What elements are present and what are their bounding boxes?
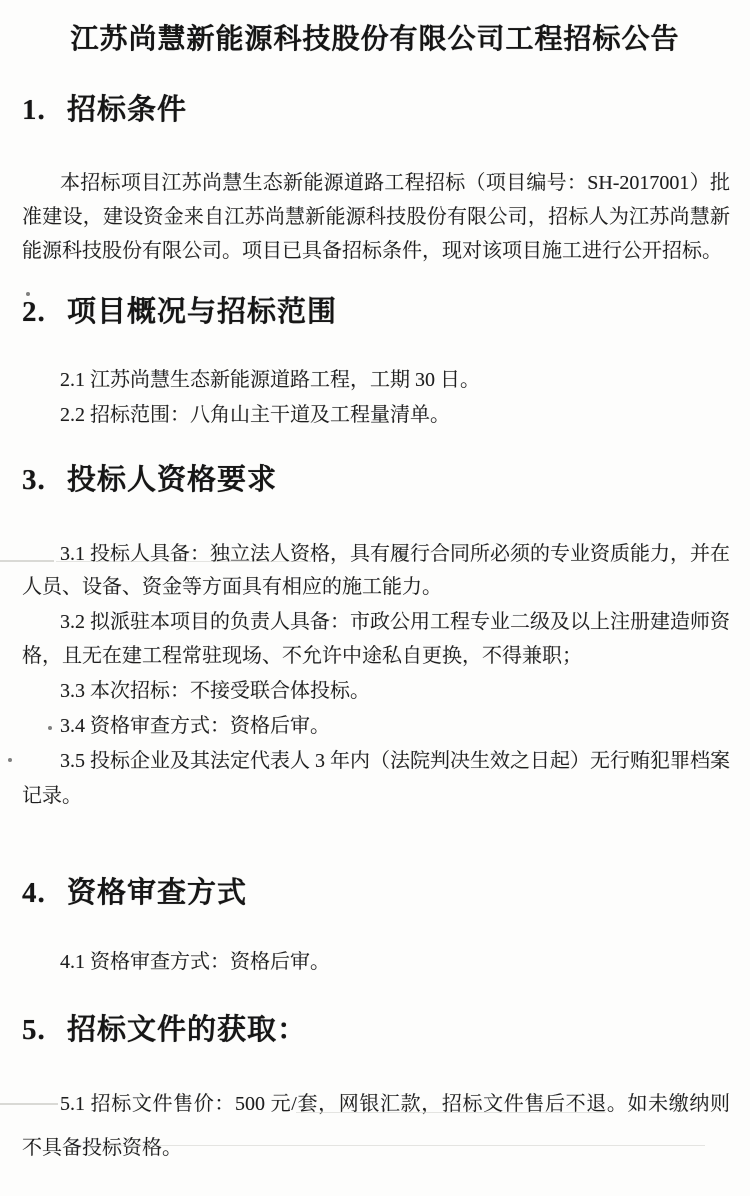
scan-artifact-line (56, 561, 311, 562)
clause-3-3: 3.3 本次招标：不接受联合体投标。 (22, 674, 730, 708)
document-title: 江苏尚慧新能源科技股份有限公司工程招标公告 (0, 22, 750, 58)
section-5-heading: 5.招标文件的获取： (22, 1010, 728, 1050)
section-3-heading-text: 投标人资格要求 (67, 464, 277, 496)
clause-3-4: 3.4 资格审查方式：资格后审。 (22, 709, 730, 743)
clause-2-1: 2.1 江苏尚慧生态新能源道路工程，工期 30 日。 (22, 363, 730, 398)
clause-3-1: 3.1 投标人具备：独立法人资格，具有履行合同所必须的专业资质能力，并在人员、设… (22, 538, 730, 604)
section-2-heading-text: 项目概况与招标范围 (67, 296, 337, 328)
clause-4-1: 4.1 资格审查方式：资格后审。 (22, 945, 730, 979)
clause-3-5: 3.5 投标企业及其法定代表人 3 年内（法院判决生效之日起）无行贿犯罪档案记录… (22, 744, 730, 814)
section-4-heading: 4.资格审查方式 (22, 873, 728, 913)
section-1-number: 1. (22, 90, 67, 130)
scan-artifact-dot (26, 292, 30, 296)
clause-5-1: 5.1 招标文件售价：500 元/套，网银汇款，招标文件售后不退。如未缴纳则不具… (22, 1082, 730, 1170)
section-5-heading-text: 招标文件的获取： (67, 1014, 307, 1046)
clause-3-2: 3.2 拟派驻本项目的负责人具备：市政公用工程专业二级及以上注册建造师资格，且无… (22, 605, 730, 673)
scan-artifact-line (0, 1103, 58, 1105)
section-4-number: 4. (22, 873, 67, 913)
section-1-paragraph: 本招标项目江苏尚慧生态新能源道路工程招标（项目编号：SH-2017001）批准建… (22, 166, 730, 268)
section-4-heading-text: 资格审查方式 (67, 877, 247, 909)
section-2-number: 2. (22, 292, 67, 332)
section-1-heading-text: 招标条件 (67, 94, 187, 126)
section-3-heading: 3.投标人资格要求 (22, 460, 728, 500)
section-5-number: 5. (22, 1010, 67, 1050)
section-1-heading: 1.招标条件 (22, 90, 728, 130)
scan-artifact-dot (8, 758, 12, 762)
clause-2-2: 2.2 招标范围：八角山主干道及工程量清单。 (22, 398, 730, 433)
section-3-number: 3. (22, 460, 67, 500)
scan-artifact-line (296, 1112, 606, 1113)
scan-artifact-line (95, 1145, 705, 1146)
scanned-document-page: 江苏尚慧新能源科技股份有限公司工程招标公告 1.招标条件 本招标项目江苏尚慧生态… (0, 0, 750, 1196)
section-2-heading: 2.项目概况与招标范围 (22, 292, 728, 332)
scan-artifact-dot (48, 726, 52, 730)
scan-artifact-line (0, 560, 54, 562)
